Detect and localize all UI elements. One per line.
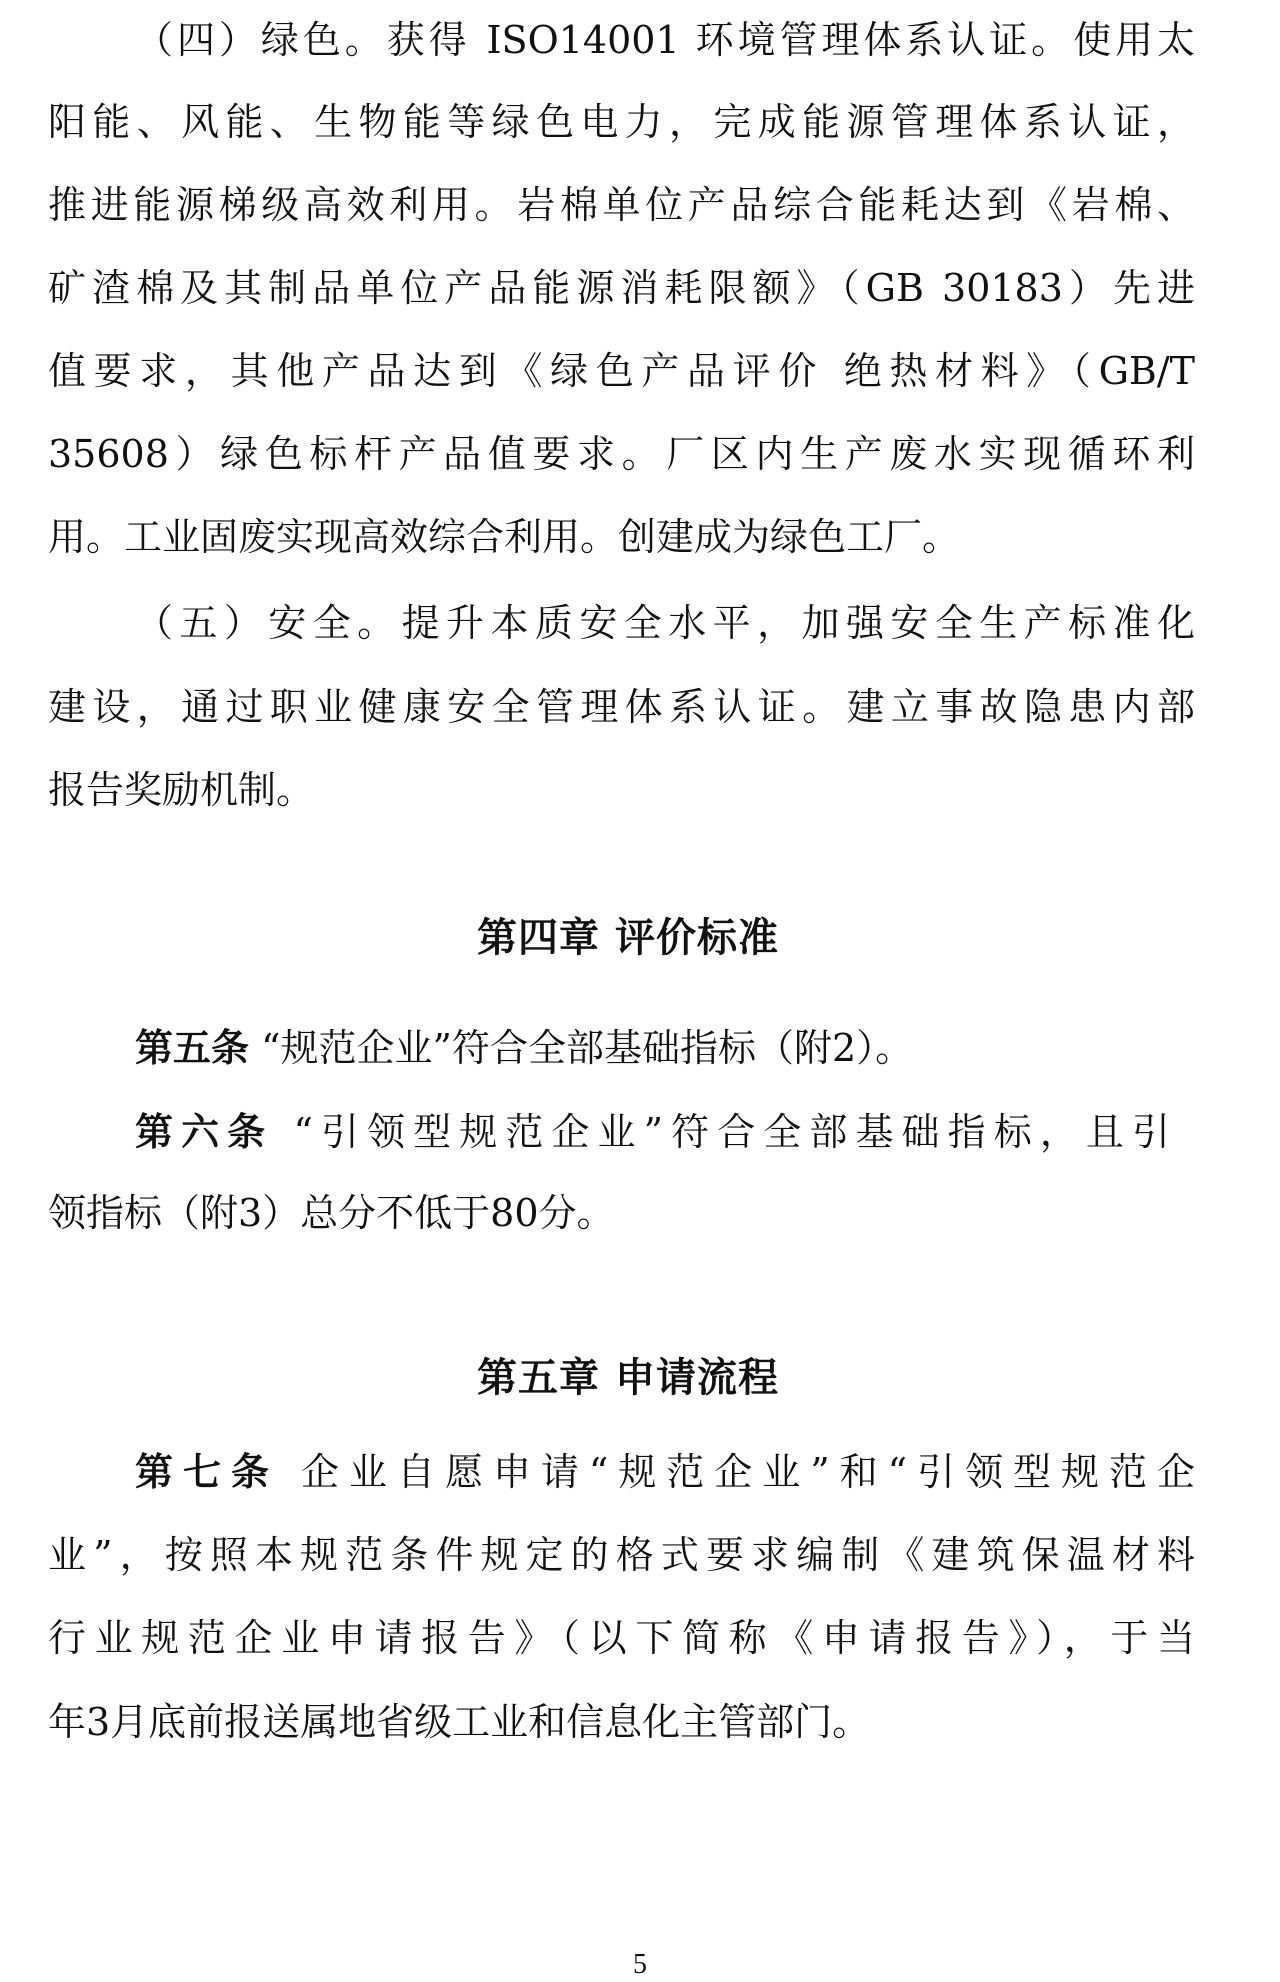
article-six-line-2: 领指标（附3）总分不低于80分。 — [48, 1185, 615, 1241]
article-seven-line-3: 行业规范企业申请报告》（以下简称《申请报告》），于当 — [48, 1610, 1195, 1666]
article-seven-text: 企业自愿申请“规范企业”和“引领型规范企 — [279, 1450, 1195, 1494]
article-six-text: “引领型规范企业”符合全部基础指标，且引 — [273, 1110, 1170, 1154]
paragraph-safety-line-3: 报告奖励机制。 — [48, 762, 314, 818]
paragraph-green-line-1: （四）绿色。获得 ISO14001 环境管理体系认证。使用太 — [135, 12, 1195, 68]
page-number: 5 — [0, 1948, 1280, 1982]
paragraph-safety-line-1: （五）安全。提升本质安全水平，加强安全生产标准化 — [135, 595, 1195, 651]
paragraph-green-line-5: 值要求，其他产品达到《绿色产品评价 绝热材料》（GB/T — [48, 343, 1195, 399]
article-seven-line-2: 业”，按照本规范条件规定的格式要求编制《建筑保温材料 — [48, 1527, 1195, 1583]
paragraph-safety-line-2: 建设，通过职业健康安全管理体系认证。建立事故隐患内部 — [48, 679, 1195, 735]
article-five-label: 第五条 — [135, 1025, 249, 1070]
article-five: 第五条 “规范企业”符合全部基础指标（附2）。 — [135, 1020, 913, 1076]
article-seven-line-1: 第七条 企业自愿申请“规范企业”和“引领型规范企 — [135, 1444, 1195, 1500]
paragraph-green-line-6: 35608）绿色标杆产品值要求。厂区内生产废水实现循环利 — [48, 426, 1195, 482]
paragraph-green-line-7: 用。工业固废实现高效综合利用。创建成为绿色工厂。 — [48, 509, 960, 565]
article-six-label: 第六条 — [135, 1109, 273, 1154]
paragraph-green-line-3: 推进能源梯级高效利用。岩棉单位产品综合能耗达到《岩棉、 — [48, 177, 1195, 233]
chapter-five-heading: 第五章 申请流程 — [0, 1350, 1256, 1406]
paragraph-green-line-4: 矿渣棉及其制品单位产品能源消耗限额》（GB 30183）先进 — [48, 260, 1195, 316]
article-seven-label: 第七条 — [135, 1449, 279, 1494]
chapter-four-heading: 第四章 评价标准 — [0, 910, 1256, 966]
paragraph-green-line-2: 阳能、风能、生物能等绿色电力，完成能源管理体系认证， — [48, 94, 1195, 150]
article-five-text: “规范企业”符合全部基础指标（附2）。 — [249, 1026, 913, 1070]
article-seven-line-4: 年3月底前报送属地省级工业和信息化主管部门。 — [48, 1694, 870, 1750]
article-six-line-1: 第六条 “引领型规范企业”符合全部基础指标，且引 — [135, 1104, 1170, 1160]
